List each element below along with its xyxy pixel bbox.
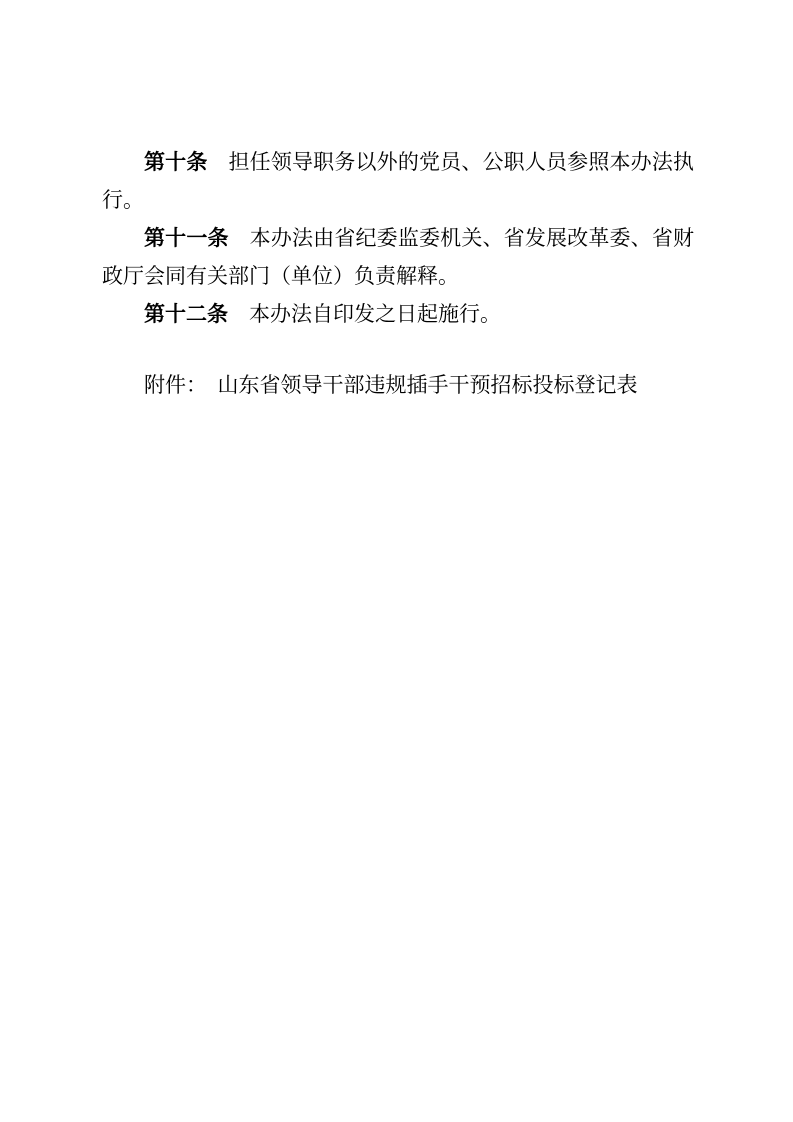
article-10-label: 第十条 [144, 150, 208, 174]
article-12-paragraph: 第十二条本办法自印发之日起施行。 [102, 295, 694, 333]
attachment-text: 山东省领导干部违规插手干预招标投标登记表 [218, 373, 638, 397]
article-10-paragraph: 第十条担任领导职务以外的党员、公职人员参照本办法执行。 [102, 143, 694, 219]
article-11-paragraph: 第十一条本办法由省纪委监委机关、省发展改革委、省财政厅会同有关部门（单位）负责解… [102, 219, 694, 295]
article-11-label: 第十一条 [144, 226, 229, 250]
document-body: 第十条担任领导职务以外的党员、公职人员参照本办法执行。 第十一条本办法由省纪委监… [0, 0, 793, 404]
attachment-line: 附件：山东省领导干部违规插手干预招标投标登记表 [102, 366, 694, 404]
article-12-label: 第十二条 [144, 302, 228, 326]
article-12-text: 本办法自印发之日起施行。 [249, 302, 501, 326]
document-page: 第十条担任领导职务以外的党员、公职人员参照本办法执行。 第十一条本办法由省纪委监… [0, 0, 793, 1122]
attachment-label: 附件： [144, 373, 207, 397]
paragraph-spacer [102, 333, 694, 366]
